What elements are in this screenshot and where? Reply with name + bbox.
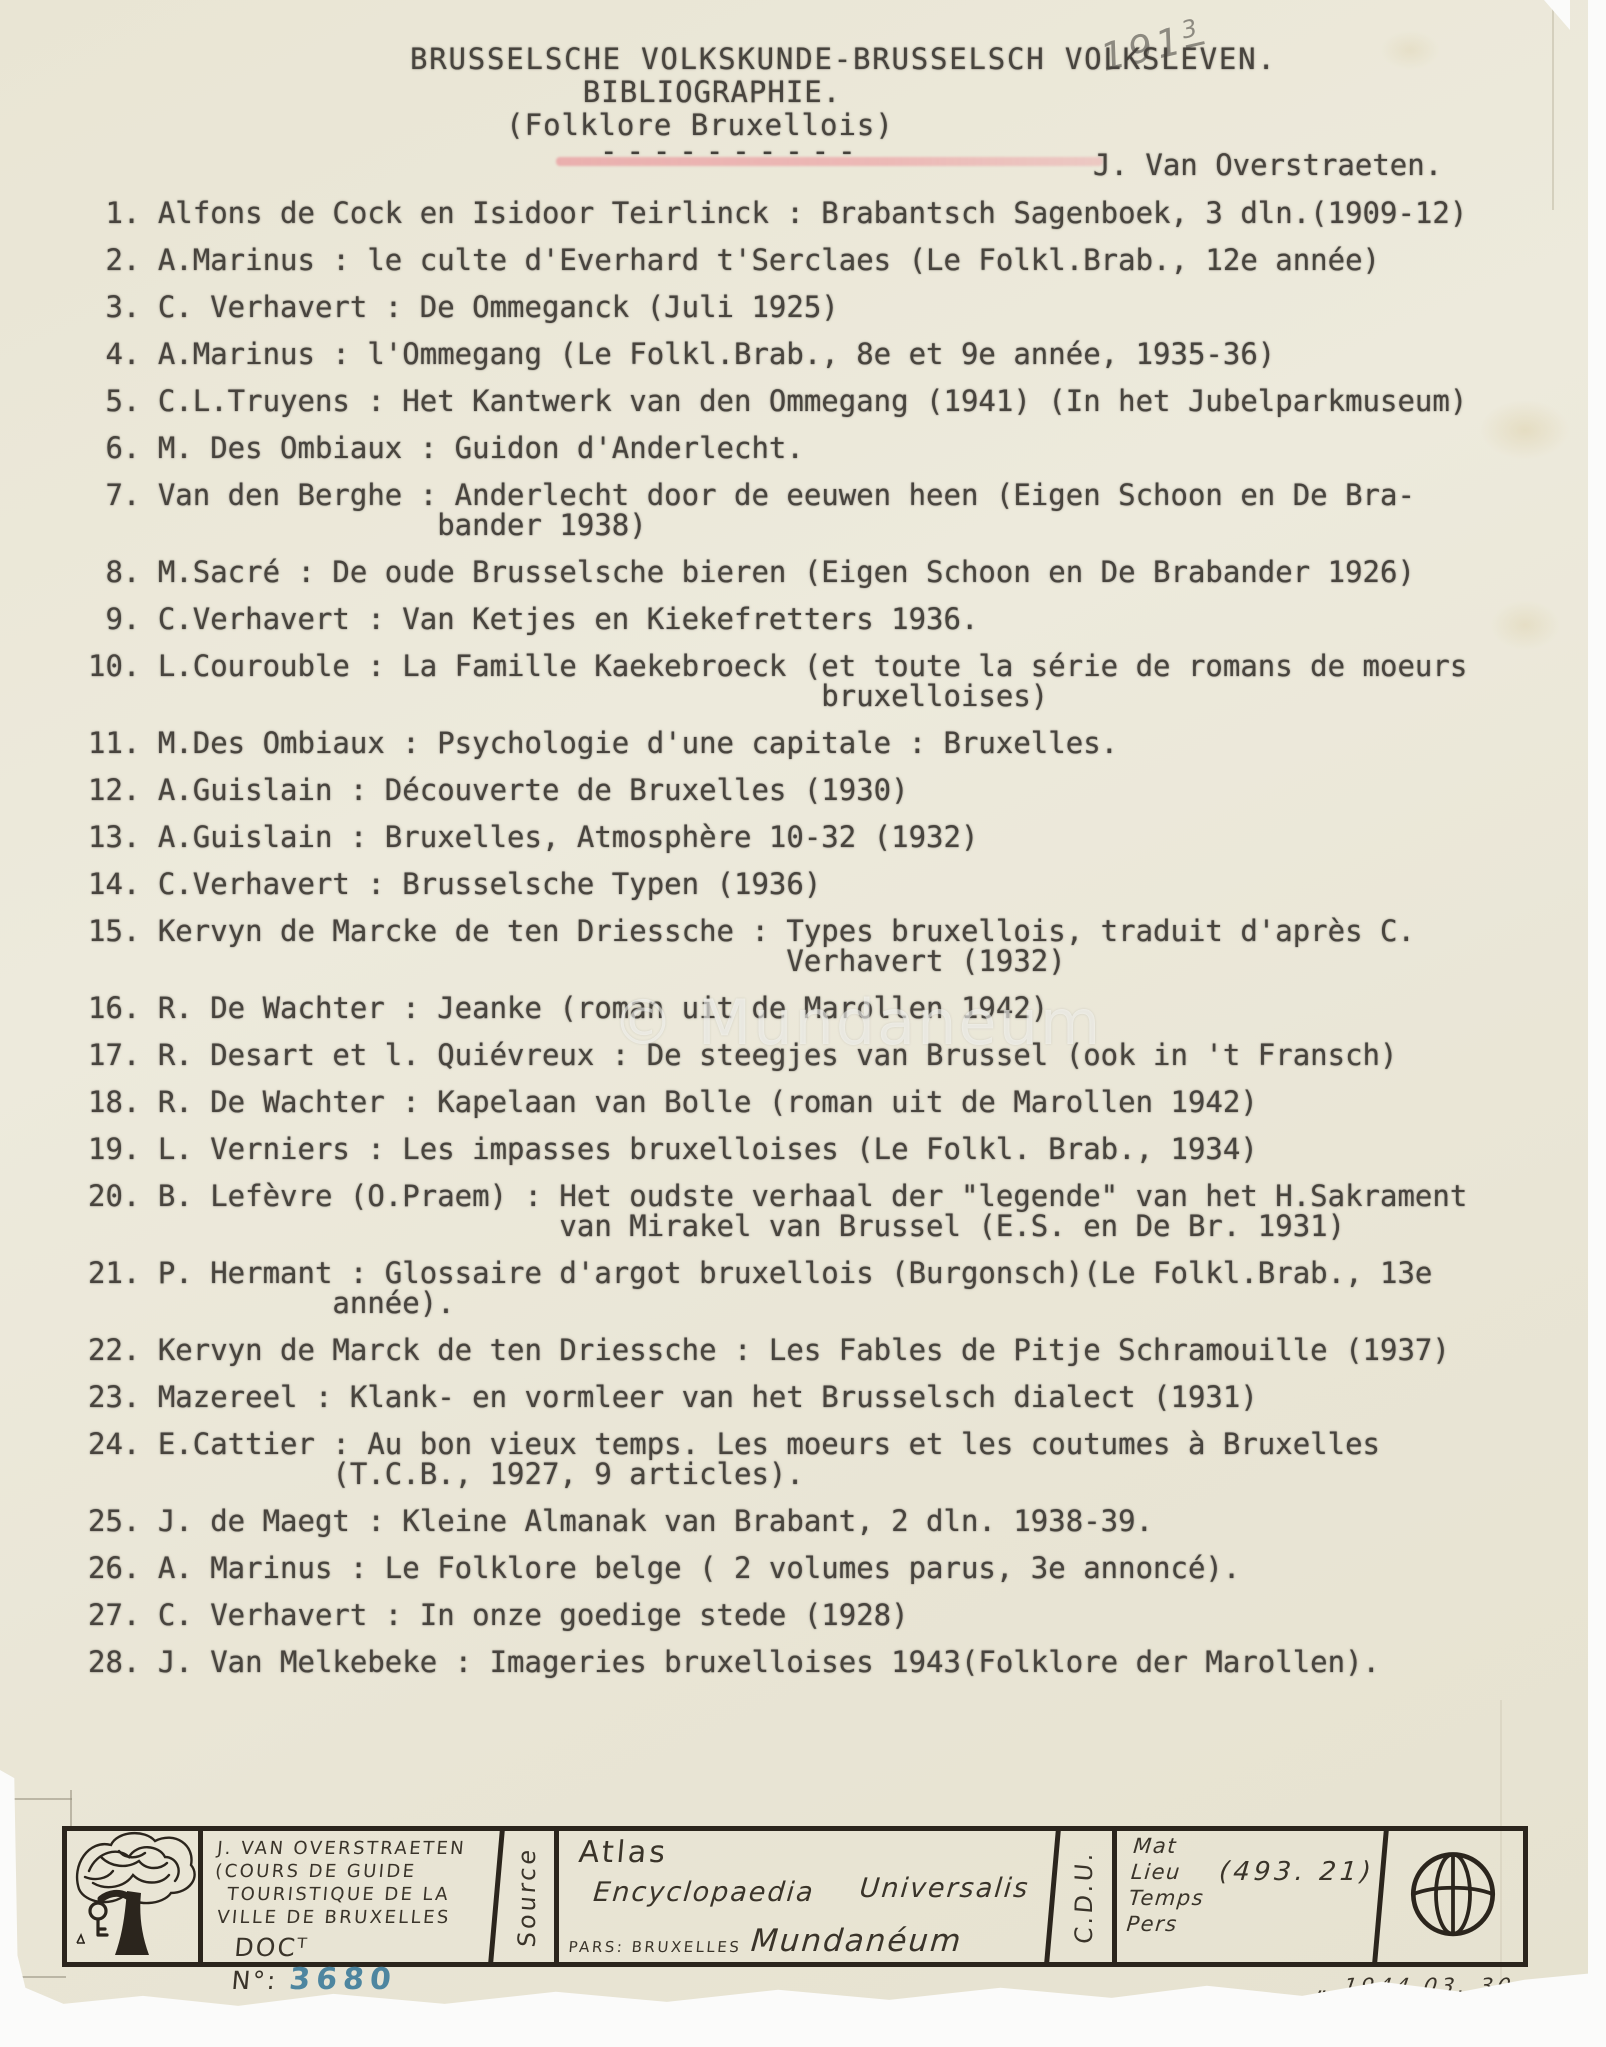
pencil-guide-line xyxy=(70,1790,72,1830)
paper-corner-fold xyxy=(1544,0,1570,30)
bibliography-line-wrap: bruxelloises) xyxy=(88,681,1558,711)
stamp-classification-cell: Mat Lieu Temps Pers (493. 21) xyxy=(1111,1831,1388,1962)
stamp-owner-note: (COURS DE GUIDE xyxy=(214,1860,487,1883)
bibliography-line-wrap: bander 1938) xyxy=(88,510,1558,540)
bibliography-line-wrap: van Mirakel van Brussel (E.S. en De Br. … xyxy=(88,1211,1558,1241)
pink-highlight-mark xyxy=(556,157,1103,166)
encyclopaedia-word: Encyclopaedia xyxy=(592,1877,816,1908)
pars-bruxelles-label: PARS: BRUXELLES xyxy=(568,1938,742,1956)
archive-stamp: J. VAN OVERSTRAETEN (COURS DE GUIDE TOUR… xyxy=(62,1826,1528,1967)
source-label: Source xyxy=(513,1845,541,1948)
universalis-word: Universalis xyxy=(858,1873,1030,1904)
bibliography-line: 4. A.Marinus : l'Ommegang (Le Folkl.Brab… xyxy=(88,339,1558,369)
mundaneum-tree-icon xyxy=(67,1831,198,1962)
atlas-word: Atlas xyxy=(577,1835,669,1870)
date-annotation: „ 1944 03. 30 „ xyxy=(1316,1974,1541,1998)
stamp-owner-name: J. VAN OVERSTRAETEN xyxy=(216,1837,489,1860)
stamp-atlas-cell: Atlas Encyclopaedia Universalis PARS: BR… xyxy=(553,1831,1060,1962)
bibliography-line: 12. A.Guislain : Découverte de Bruxelles… xyxy=(88,775,1558,805)
bibliography-line: 5. C.L.Truyens : Het Kantwerk van den Om… xyxy=(88,386,1558,416)
class-code-value: (493. 21) xyxy=(1218,1857,1376,1887)
bibliography-line: 19. L. Verniers : Les impasses bruxelloi… xyxy=(88,1134,1558,1164)
class-temps-label: Temps xyxy=(1128,1885,1379,1911)
author-name: J. Van Overstraeten. xyxy=(1093,150,1442,180)
cdu-label: C.D.U. xyxy=(1070,1848,1098,1944)
stamp-globe-cell xyxy=(1383,1831,1523,1962)
bibliography-line: 9. C.Verhavert : Van Ketjes en Kiekefret… xyxy=(88,604,1558,634)
bibliography-line: 21. P. Hermant : Glossaire d'argot bruxe… xyxy=(88,1258,1558,1288)
bibliography-line: 3. C. Verhavert : De Ommeganck (Juli 192… xyxy=(88,292,1558,322)
bibliography-line: 25. J. de Maegt : Kleine Almanak van Bra… xyxy=(88,1506,1558,1536)
bibliography-line-wrap: Verhavert (1932) xyxy=(88,946,1558,976)
bibliography-line: 26. A. Marinus : Le Folklore belge ( 2 v… xyxy=(88,1553,1558,1583)
doc-number-value: 3680 xyxy=(288,1962,399,1997)
class-mat-label: Mat xyxy=(1132,1833,1383,1859)
mundaneum-watermark: © Mundaneum xyxy=(612,986,1102,1059)
bibliography-line: 18. R. De Wachter : Kapelaan van Bolle (… xyxy=(88,1087,1558,1117)
bibliography-line: 20. B. Lefèvre (O.Praem) : Het oudste ve… xyxy=(88,1181,1558,1211)
bibliography-line: 10. L.Courouble : La Famille Kaekebroeck… xyxy=(88,651,1558,681)
bibliography-list: 1. Alfons de Cock en Isidoor Teirlinck :… xyxy=(88,198,1558,1677)
mundaneum-globe-icon xyxy=(1401,1842,1505,1952)
stamp-owner-note: TOURISTIQUE DE LA xyxy=(212,1883,485,1906)
document-paper: 1913 BRUSSELSCHE VOLKSKUNDE-BRUSSELSCH V… xyxy=(0,0,1588,2016)
bibliography-line: 11. M.Des Ombiaux : Psychologie d'une ca… xyxy=(88,728,1558,758)
class-pers-label: Pers xyxy=(1125,1911,1376,1937)
bibliography-line: 28. J. Van Melkebeke : Imageries bruxell… xyxy=(88,1647,1558,1677)
bibliography-line: 27. C. Verhavert : In onze goedige stede… xyxy=(88,1600,1558,1630)
mundaneum-word: Mundanéum xyxy=(750,1923,964,1959)
document-title-line2: BIBLIOGRAPHIE. xyxy=(583,77,841,107)
stamp-source-cell: Source xyxy=(499,1831,559,1962)
paper-stain xyxy=(1380,30,1440,70)
bibliography-line-wrap: année). xyxy=(88,1288,1558,1318)
bibliography-line: 14. C.Verhavert : Brusselsche Typen (193… xyxy=(88,869,1558,899)
bibliography-line: 15. Kervyn de Marcke de ten Driessche : … xyxy=(88,916,1558,946)
bibliography-line-wrap: (T.C.B., 1927, 9 articles). xyxy=(88,1459,1558,1489)
stamp-doc-number-row: DOCᵀ N°:3680 xyxy=(204,1933,481,1997)
stamp-owner-note: VILLE DE BRUXELLES xyxy=(210,1906,483,1929)
bibliography-line: 7. Van den Berghe : Anderlecht door de e… xyxy=(88,480,1558,510)
bibliography-line: 2. A.Marinus : le culte d'Everhard t'Ser… xyxy=(88,245,1558,275)
document-title-line1: BRUSSELSCHE VOLKSKUNDE-BRUSSELSCH VOLKSL… xyxy=(410,44,1277,74)
bibliography-line: 22. Kervyn de Marck de ten Driessche : L… xyxy=(88,1335,1558,1365)
pencil-guide-line xyxy=(0,1976,66,1978)
pencil-guide-line xyxy=(0,1798,72,1800)
stamp-cdu-cell: C.D.U. xyxy=(1055,1831,1117,1962)
bibliography-line: 8. M.Sacré : De oude Brusselsche bieren … xyxy=(88,557,1558,587)
bibliography-line: 13. A.Guislain : Bruxelles, Atmosphère 1… xyxy=(88,822,1558,852)
bibliography-line: 24. E.Cattier : Au bon vieux temps. Les … xyxy=(88,1429,1558,1459)
bibliography-line: 6. M. Des Ombiaux : Guidon d'Anderlecht. xyxy=(88,433,1558,463)
stamp-tree-cell xyxy=(67,1831,203,1962)
paper-crease xyxy=(1552,0,1554,210)
stamp-owner-cell: J. VAN OVERSTRAETEN (COURS DE GUIDE TOUR… xyxy=(197,1831,504,1962)
bibliography-line: 1. Alfons de Cock en Isidoor Teirlinck :… xyxy=(88,198,1558,228)
bibliography-line: 23. Mazereel : Klank- en vormleer van he… xyxy=(88,1382,1558,1412)
